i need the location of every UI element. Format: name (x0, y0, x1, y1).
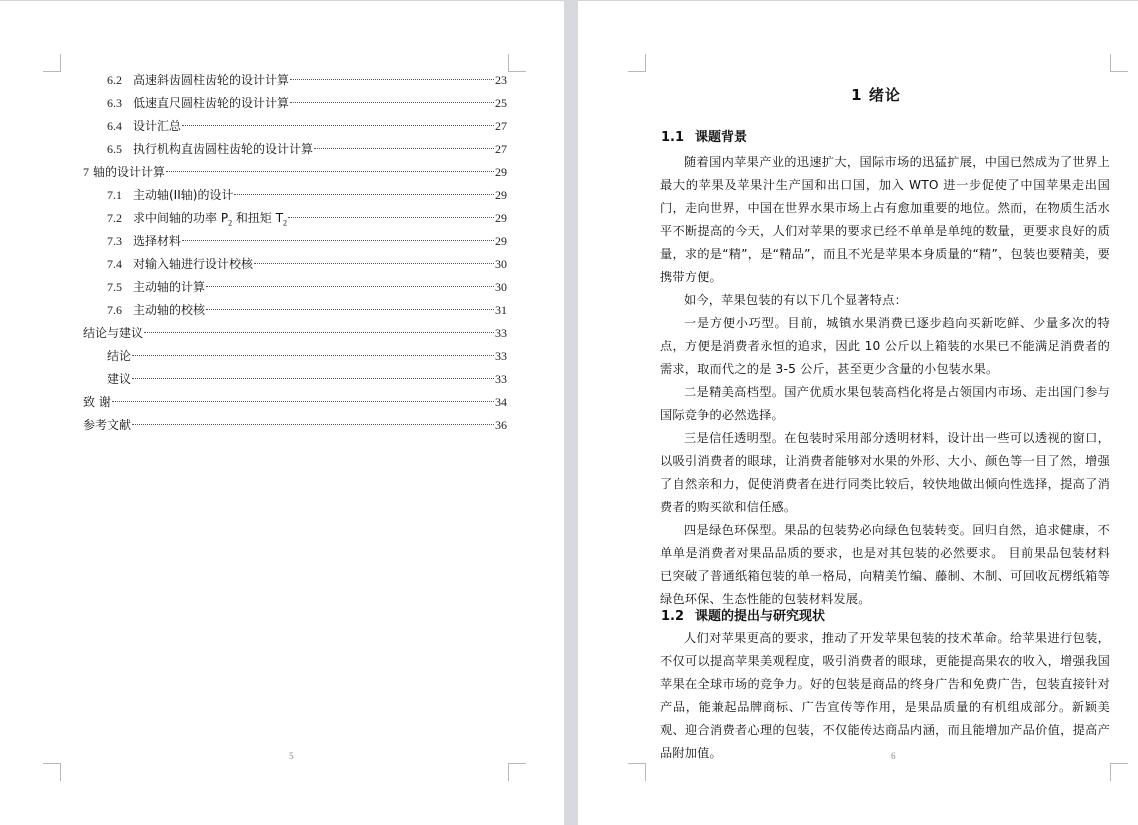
toc-entry[interactable]: 7.6 主动轴的校核 31 (83, 299, 507, 322)
margin-corner-mark (508, 763, 526, 781)
toc-leader-dots (290, 102, 494, 103)
toc-entry[interactable]: 6.4 设计汇总 27 (83, 115, 507, 138)
margin-corner-mark (43, 763, 61, 781)
toc-entry-number: 7 (83, 161, 93, 184)
toc-leader-dots (288, 217, 494, 218)
chapter-title: 1 绪论 (578, 84, 1138, 105)
toc-entry[interactable]: 建议 33 (83, 368, 507, 391)
paragraph: 四是绿色环保型。果品的包装势必向绿色包装转变。回归自然，追求健康，不单单是消费者… (660, 519, 1110, 611)
toc-entry-page: 27 (495, 138, 507, 161)
section-body: 随着国内苹果产业的迅速扩大，国际市场的迅猛扩展，中国已然成为了世界上最大的苹果及… (660, 151, 1110, 611)
paragraph: 一是方便小巧型。目前，城镇水果消费已逐步趋向买新吃鲜、少量多次的特点，方便是消费… (660, 312, 1110, 381)
toc-leader-dots (132, 378, 494, 379)
toc-leader-dots (206, 309, 494, 310)
toc-entry-page: 29 (495, 161, 507, 184)
toc-leader-dots (206, 286, 494, 287)
table-of-contents: 6.2 高速斜齿圆柱齿轮的设计计算 23 6.3 低速直尺圆柱齿轮的设计计算 2… (83, 69, 507, 437)
paragraph: 人们对苹果更高的要求，推动了开发苹果包装的技术革命。给苹果进行包装，不仅可以提高… (660, 627, 1110, 765)
toc-leader-dots (314, 148, 494, 149)
toc-entry[interactable]: 6.2 高速斜齿圆柱齿轮的设计计算 23 (83, 69, 507, 92)
toc-entry-page: 27 (495, 115, 507, 138)
toc-entry-title: 选择材料 (133, 230, 181, 253)
toc-entry-title: 致 谢 (83, 391, 111, 414)
toc-entry[interactable]: 参考文献 36 (83, 414, 507, 437)
toc-entry[interactable]: 7.3 选择材料 29 (83, 230, 507, 253)
paragraph: 如今，苹果包装的有以下几个显著特点： (660, 289, 1110, 312)
toc-entry[interactable]: 7.5 主动轴的计算 30 (83, 276, 507, 299)
toc-entry-page: 23 (495, 69, 507, 92)
toc-entry-number: 6.5 (107, 138, 133, 161)
toc-entry[interactable]: 6.5 执行机构直齿圆柱齿轮的设计计算 27 (83, 138, 507, 161)
toc-entry-title: 轴的设计计算 (93, 161, 165, 184)
toc-entry-page: 30 (495, 276, 507, 299)
toc-leader-dots (112, 401, 494, 402)
toc-entry-number: 7.2 (107, 207, 133, 230)
toc-leader-dots (234, 194, 494, 195)
toc-entry-number: 7.6 (107, 299, 133, 322)
toc-entry[interactable]: 7.4 对输入轴进行设计校核 30 (83, 253, 507, 276)
toc-entry-page: 33 (495, 345, 507, 368)
toc-leader-dots (132, 355, 494, 356)
toc-entry[interactable]: 6.3 低速直尺圆柱齿轮的设计计算 25 (83, 92, 507, 115)
toc-entry-title: 主动轴的计算 (133, 276, 205, 299)
margin-corner-mark (628, 54, 646, 72)
margin-corner-mark (628, 763, 646, 781)
toc-entry-title: 对输入轴进行设计校核 (133, 253, 253, 276)
page-number: 5 (289, 751, 294, 761)
toc-entry-title: 设计汇总 (133, 115, 181, 138)
toc-entry[interactable]: 7.1 主动轴(II轴)的设计 29 (83, 184, 507, 207)
toc-entry-page: 31 (495, 299, 507, 322)
toc-entry-page: 29 (495, 230, 507, 253)
toc-entry-title: 执行机构直齿圆柱齿轮的设计计算 (133, 138, 313, 161)
toc-entry-number: 7.3 (107, 230, 133, 253)
paragraph: 三是信任透明型。在包装时采用部分透明材料，设计出一些可以透视的窗口，以吸引消费者… (660, 427, 1110, 519)
toc-entry-number: 7.1 (107, 184, 133, 207)
toc-entry-page: 29 (495, 184, 507, 207)
toc-entry-page: 30 (495, 253, 507, 276)
toc-entry[interactable]: 7.2 求中间轴的功率 P2 和扭矩 T2 29 (83, 207, 507, 230)
toc-entry-page: 36 (495, 414, 507, 437)
toc-entry[interactable]: 致 谢 34 (83, 391, 507, 414)
toc-leader-dots (132, 424, 494, 425)
toc-entry-title: 建议 (107, 368, 131, 391)
toc-leader-dots (182, 125, 494, 126)
paragraph: 随着国内苹果产业的迅速扩大，国际市场的迅猛扩展，中国已然成为了世界上最大的苹果及… (660, 151, 1110, 289)
toc-entry-title: 参考文献 (83, 414, 131, 437)
toc-entry-title: 主动轴的校核 (133, 299, 205, 322)
toc-entry-page: 33 (495, 322, 507, 345)
toc-entry-page: 33 (495, 368, 507, 391)
toc-entry-number: 6.3 (107, 92, 133, 115)
page-gap (564, 0, 578, 825)
toc-entry-number: 7.4 (107, 253, 133, 276)
section-heading: 1.2课题的提出与研究现状 (661, 605, 825, 624)
toc-entry-page: 25 (495, 92, 507, 115)
toc-leader-dots (182, 240, 494, 241)
page-5: 6.2 高速斜齿圆柱齿轮的设计计算 23 6.3 低速直尺圆柱齿轮的设计计算 2… (0, 1, 564, 825)
margin-corner-mark (1110, 54, 1128, 72)
toc-entry-number: 6.4 (107, 115, 133, 138)
toc-entry-title: 高速斜齿圆柱齿轮的设计计算 (133, 69, 289, 92)
toc-entry-title: 主动轴(II轴)的设计 (133, 184, 233, 207)
toc-entry-number: 7.5 (107, 276, 133, 299)
toc-entry[interactable]: 结论 33 (83, 345, 507, 368)
toc-entry-number: 6.2 (107, 69, 133, 92)
toc-leader-dots (144, 332, 494, 333)
toc-entry[interactable]: 7 轴的设计计算 29 (83, 161, 507, 184)
paragraph: 二是精美高档型。国产优质水果包装高档化将是占领国内市场、走出国门参与国际竞争的必… (660, 381, 1110, 427)
toc-leader-dots (254, 263, 494, 264)
toc-entry-title: 结论 (107, 345, 131, 368)
toc-entry[interactable]: 结论与建议 33 (83, 322, 507, 345)
margin-corner-mark (43, 54, 61, 72)
toc-leader-dots (290, 79, 494, 80)
toc-leader-dots (166, 171, 494, 172)
margin-corner-mark (1110, 763, 1128, 781)
toc-entry-page: 29 (495, 207, 507, 230)
section-body: 人们对苹果更高的要求，推动了开发苹果包装的技术革命。给苹果进行包装，不仅可以提高… (660, 627, 1110, 765)
toc-entry-page: 34 (495, 391, 507, 414)
margin-corner-mark (508, 54, 526, 72)
toc-entry-title: 结论与建议 (83, 322, 143, 345)
section-heading: 1.1课题背景 (661, 126, 747, 145)
toc-entry-title: 低速直尺圆柱齿轮的设计计算 (133, 92, 289, 115)
